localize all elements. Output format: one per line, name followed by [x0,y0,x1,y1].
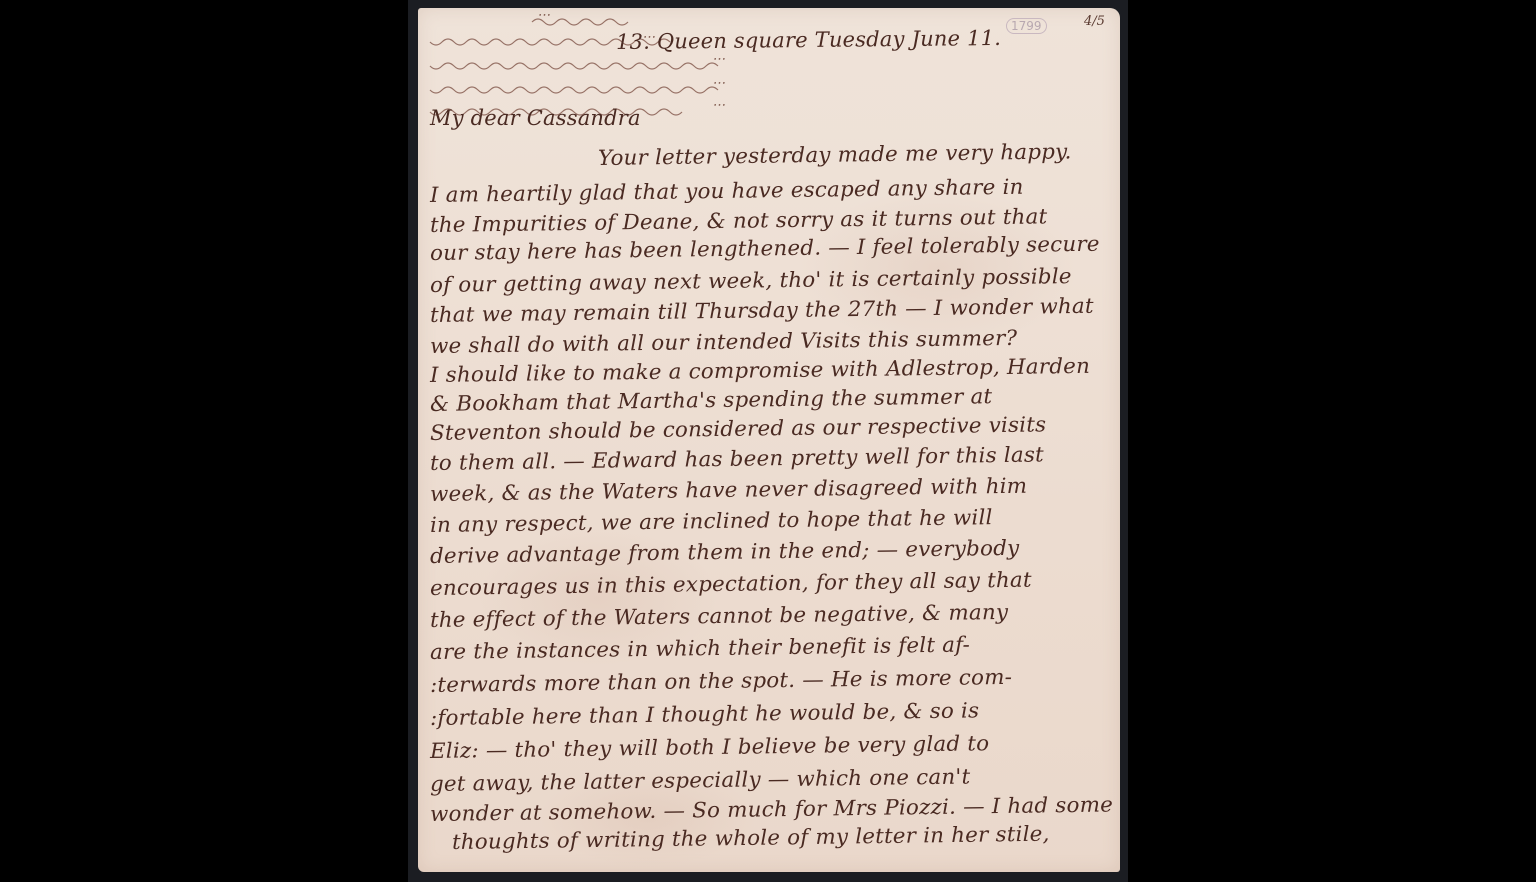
letter-line: we shall do with all our intended Visits… [430,326,1018,358]
letter-line: the effect of the Waters cannot be negat… [430,600,1008,632]
folio-number: 4/5 [1084,14,1105,29]
letter-line: Your letter yesterday made me very happy… [598,139,1072,170]
letter-line: week, & as the Waters have never disagre… [430,474,1028,506]
letter-line: get away, the latter especially — which … [430,764,971,796]
letter-line: Steventon should be considered as our re… [430,412,1047,445]
letter-line: to them all. — Edward has been pretty we… [430,442,1044,475]
letter-line: the Impurities of Deane, & not sorry as … [430,204,1048,237]
letter-page: … … … … … 1799 4/5 13. Queen square Tues… [418,8,1120,872]
letter-line: :terwards more than on the spot. — He is… [430,665,1012,697]
letter-line: :fortable here than I thought he would b… [430,698,980,730]
letter-line: wonder at somehow. — So much for Mrs Pio… [430,792,1113,826]
image-viewer: … … … … … 1799 4/5 13. Queen square Tues… [0,0,1536,882]
letter-line: that we may remain till Thursday the 27t… [430,294,1094,327]
letter-line: Eliz: — tho' they will both I believe be… [430,731,990,763]
letter-line: I am heartily glad that you have escaped… [430,175,1024,207]
letter-address-date: 13. Queen square Tuesday June 11. [616,26,1001,54]
pencil-date-annotation: 1799 [1006,18,1047,34]
letter-salutation: My dear Cassandra [430,106,641,130]
letter-line: I should like to make a compromise with … [430,354,1090,387]
letter-line: our stay here has been lengthened. — I f… [430,232,1100,265]
letter-line: derive advantage from them in the end; —… [430,536,1020,568]
letter-line: in any respect, we are inclined to hope … [430,505,993,537]
letter-line: are the instances in which their benefit… [430,632,970,664]
letter-line: & Bookham that Martha's spending the sum… [430,384,993,416]
letter-line: thoughts of writing the whole of my lett… [452,822,1050,854]
letter-line: encourages us in this expectation, for t… [430,568,1032,600]
letter-line: of our getting away next week, tho' it i… [430,264,1072,297]
